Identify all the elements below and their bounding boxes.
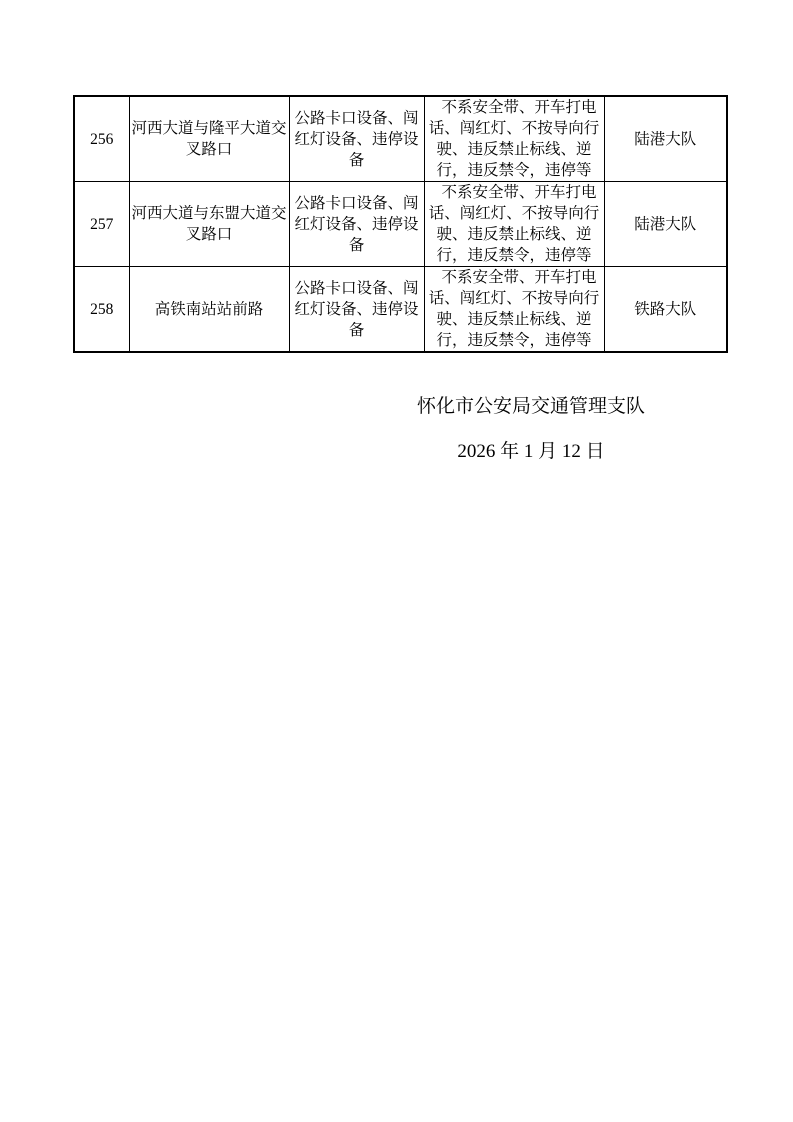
unit-cell: 铁路大队 bbox=[604, 267, 727, 353]
violations-cell: 不系安全带、开车打电话、闯红灯、不按导向行驶、违反禁止标线、逆行，违反禁令，违停… bbox=[424, 182, 604, 267]
signature-date: 2026 年 1 月 12 日 bbox=[385, 442, 677, 462]
row-number-cell: 257 bbox=[74, 182, 129, 267]
equipment-cell: 公路卡口设备、闯红灯设备、违停设备 bbox=[289, 96, 424, 182]
document-page: 256 河西大道与隆平大道交叉路口 公路卡口设备、闯红灯设备、违停设备 不系安全… bbox=[0, 0, 793, 1122]
unit-cell: 陆港大队 bbox=[604, 182, 727, 267]
equipment-cell: 公路卡口设备、闯红灯设备、违停设备 bbox=[289, 267, 424, 353]
signature-org: 怀化市公安局交通管理支队 bbox=[385, 397, 677, 417]
violations-cell: 不系安全带、开车打电话、闯红灯、不按导向行驶、违反禁止标线、逆行，违反禁令，违停… bbox=[424, 96, 604, 182]
unit-cell: 陆港大队 bbox=[604, 96, 727, 182]
table-row-257: 257 河西大道与东盟大道交叉路口 公路卡口设备、闯红灯设备、违停设备 不系安全… bbox=[74, 182, 727, 267]
row-number-cell: 258 bbox=[74, 267, 129, 353]
location-cell: 河西大道与隆平大道交叉路口 bbox=[129, 96, 289, 182]
table-row-258: 258 高铁南站站前路 公路卡口设备、闯红灯设备、违停设备 不系安全带、开车打电… bbox=[74, 267, 727, 353]
equipment-cell: 公路卡口设备、闯红灯设备、违停设备 bbox=[289, 182, 424, 267]
table-row-256: 256 河西大道与隆平大道交叉路口 公路卡口设备、闯红灯设备、违停设备 不系安全… bbox=[74, 96, 727, 182]
enforcement-locations-table: 256 河西大道与隆平大道交叉路口 公路卡口设备、闯红灯设备、违停设备 不系安全… bbox=[73, 95, 728, 353]
signature-block: 怀化市公安局交通管理支队 2026 年 1 月 12 日 bbox=[385, 397, 677, 462]
location-cell: 高铁南站站前路 bbox=[129, 267, 289, 353]
location-cell: 河西大道与东盟大道交叉路口 bbox=[129, 182, 289, 267]
row-number-cell: 256 bbox=[74, 96, 129, 182]
violations-cell: 不系安全带、开车打电话、闯红灯、不按导向行驶、违反禁止标线、逆行，违反禁令，违停… bbox=[424, 267, 604, 353]
